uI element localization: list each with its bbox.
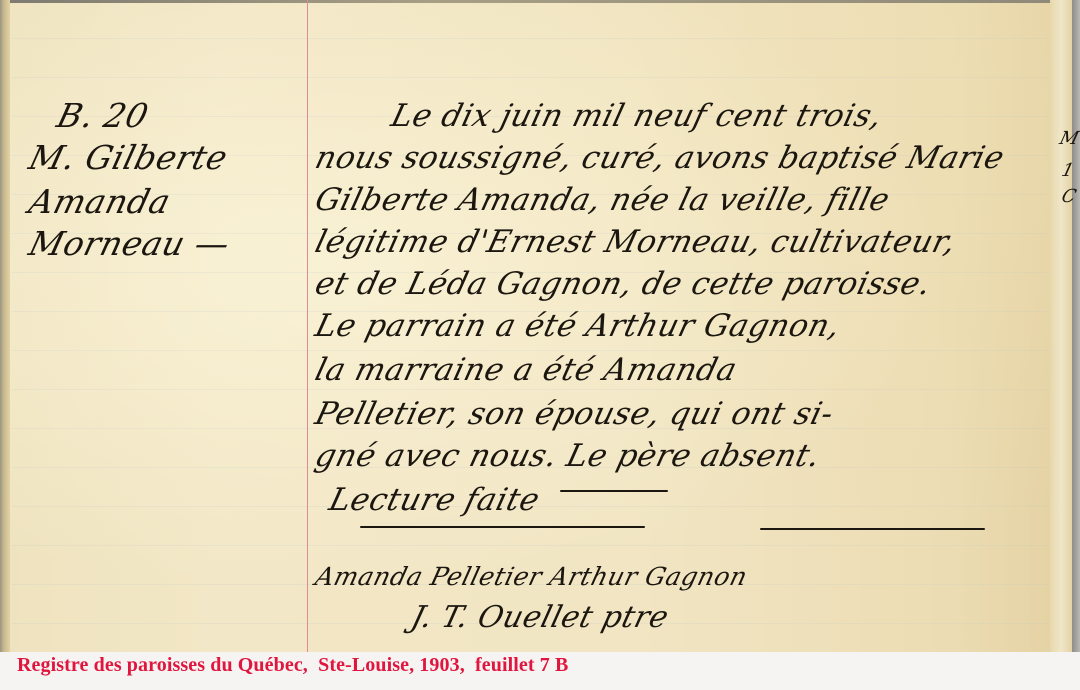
page-top-edge (0, 0, 1080, 3)
record-line-3: Gilberte Amanda, née la veille, fille (312, 182, 894, 218)
signatures-line-2: J. T. Ouellet ptre (408, 600, 673, 635)
record-line-9: gné avec nous. Le père absent. (312, 438, 825, 474)
record-line-8: Pelletier, son épouse, qui ont si- (312, 396, 838, 432)
margin-name-line-1: M. Gilberte (25, 138, 232, 177)
margin-rule (307, 0, 308, 652)
document-caption: Registre des paroisses du Québec, Ste-Lo… (17, 654, 568, 677)
margin-name-line-3: Morneau — (25, 224, 234, 263)
page-shadow (1072, 0, 1080, 652)
page-fold (1050, 0, 1072, 652)
margin-name-line-2: Amanda (25, 182, 175, 221)
page-binding-edge (0, 0, 10, 652)
record-line-4: légitime d'Ernest Morneau, cultivateur, (312, 224, 960, 260)
record-line-1: Le dix juin mil neuf cent trois, (388, 98, 886, 134)
document-scan: B. 20 M. Gilberte Amanda Morneau — Le di… (0, 0, 1080, 652)
record-line-10: Lecture faite (326, 482, 544, 518)
record-number: B. 20 (53, 96, 152, 135)
record-line-6: Le parrain a été Arthur Gagnon, (312, 308, 845, 344)
signatures-line-1: Amanda Pelletier Arthur Gagnon (312, 562, 750, 591)
record-line-7: la marraine a été Amanda (312, 352, 741, 388)
record-line-2: nous soussigné, curé, avons baptisé Mari… (312, 140, 1009, 176)
ink-stroke (560, 490, 668, 492)
record-line-5: et de Léda Gagnon, de cette paroisse. (312, 266, 935, 302)
ink-stroke (360, 526, 645, 528)
right-page-fragment-1: M (1057, 128, 1080, 149)
ink-stroke (760, 528, 985, 530)
